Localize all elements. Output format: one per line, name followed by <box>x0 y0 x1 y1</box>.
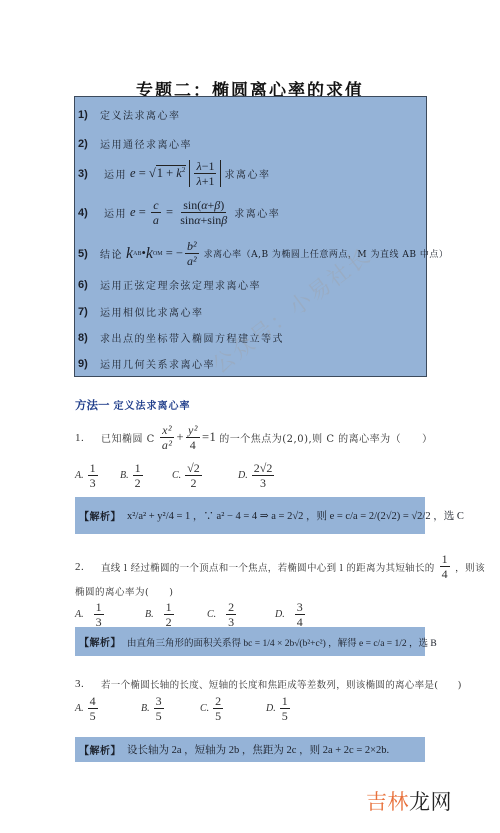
option-a[interactable]: A.45 <box>75 695 141 722</box>
item-number: 3) <box>78 168 100 180</box>
analysis-text: 设长轴为 2a ，短轴为 2b ，焦距为 2c ，则 2a + 2c = 2×2… <box>127 742 389 757</box>
question-2: 2. 直线 l 经过椭圆的一个顶点和一个焦点，若椭圆中心到 l 的距离为其短轴长… <box>75 553 485 580</box>
formula-eccentricity-slope: e = √1 + k2 λ−1λ+1 <box>130 160 221 187</box>
analysis-tag: 【解析】 <box>79 742 121 757</box>
method-list-item: 4) 运用 e = ca = sin(α+β)sinα+sinβ 求离心率 <box>78 199 280 226</box>
option-c[interactable]: C.√22 <box>172 462 238 489</box>
question-2-continued: 椭圆的离心率为( ) <box>75 584 173 598</box>
formula-eccentricity-sine: e = ca = sin(α+β)sinα+sinβ <box>130 199 231 226</box>
fraction-one-quarter: 14 <box>438 553 453 580</box>
method-list-item: 5) 结论 kAB•kOM = −b²a² 求离心率（A,B 为椭圆上任意两点，… <box>78 240 448 267</box>
method-list-item: 2) 运用通径求离心率 <box>78 136 192 151</box>
question-text: 已知椭圆 C <box>101 430 155 445</box>
option-b[interactable]: B.12 <box>120 462 172 489</box>
analysis-tag: 【解析】 <box>79 508 121 523</box>
item-text: 运用 <box>104 205 127 220</box>
option-a[interactable]: A.13 <box>75 462 120 489</box>
item-number: 4) <box>78 207 100 219</box>
item-text: 定义法求离心率 <box>100 107 181 122</box>
item-text: 运用通径求离心率 <box>100 136 192 151</box>
question-1-options: A.13 B.12 C.√22 D.2√23 <box>75 462 276 489</box>
option-a[interactable]: A.13 <box>75 601 145 628</box>
option-d[interactable]: D.2√23 <box>238 462 276 489</box>
question-number: 2. <box>75 561 101 573</box>
item-text: 求离心率 <box>224 166 270 181</box>
question-number: 1. <box>75 432 101 444</box>
item-number: 8) <box>78 332 100 344</box>
method-heading: 方法一定义法求离心率 <box>75 397 191 413</box>
item-text: 求离心率 <box>234 205 280 220</box>
question-text: 椭圆的离心率为( ) <box>75 584 173 598</box>
option-c[interactable]: C.25 <box>200 695 266 722</box>
method-list-box: 1) 定义法求离心率 2) 运用通径求离心率 3) 运用 e = √1 + k2… <box>74 96 427 377</box>
question-2-options: A.13 B.12 C.23 D.34 <box>75 601 307 628</box>
analysis-box-3: 【解析】 设长轴为 2a ，短轴为 2b ，焦距为 2c ，则 2a + 2c … <box>75 737 425 762</box>
item-text: 运用正弦定理余弦定理求离心率 <box>100 277 261 292</box>
site-logo: 吉林龙网 <box>366 786 452 816</box>
question-1: 1. 已知椭圆 C x²a²+y²4=1 的一个焦点为(2,0),则 C 的离心… <box>75 424 433 451</box>
method-list-item: 7) 运用相似比求离心率 <box>78 304 204 319</box>
option-d[interactable]: D.15 <box>266 695 292 722</box>
item-number: 6) <box>78 279 100 291</box>
item-number: 9) <box>78 358 100 370</box>
question-3-options: A.45 B.35 C.25 D.15 <box>75 695 292 722</box>
question-3: 3. 若一个椭圆长轴的长度、短轴的长度和焦距成等差数列，则该椭圆的离心率是( ) <box>75 677 462 691</box>
option-d[interactable]: D.34 <box>275 601 307 628</box>
item-text: 求离心率（A,B 为椭圆上任意两点，M 为直线 AB 中点） <box>204 247 449 260</box>
question-text: 直线 l 经过椭圆的一个顶点和一个焦点，若椭圆中心到 l 的距离为其短轴长的 <box>101 560 435 574</box>
item-text: 运用几何关系求离心率 <box>100 356 215 371</box>
method-list-item: 1) 定义法求离心率 <box>78 107 181 122</box>
formula-slope-product: kAB•kOM = −b²a² <box>126 240 201 267</box>
method-list-item: 9) 运用几何关系求离心率 <box>78 356 215 371</box>
method-title: 定义法求离心率 <box>114 401 191 412</box>
method-list-item: 3) 运用 e = √1 + k2 λ−1λ+1 求离心率 <box>78 160 270 187</box>
option-c[interactable]: C.23 <box>207 601 275 628</box>
method-list-item: 6) 运用正弦定理余弦定理求离心率 <box>78 277 261 292</box>
item-text: 运用 <box>104 166 127 181</box>
item-number: 2) <box>78 138 100 150</box>
analysis-text: 由直角三角形的面积关系得 bc = 1/4 × 2b√(b²+c²) ，解得 e… <box>127 635 437 649</box>
method-label: 方法一 <box>75 398 110 412</box>
question-text: ，则该 <box>455 560 485 574</box>
analysis-box-1: 【解析】 x²/a² + y²/4 = 1 ，∵ a² − 4 = 4 ⇒ a … <box>75 497 425 534</box>
analysis-text: x²/a² + y²/4 = 1 ，∵ a² − 4 = 4 ⇒ a = 2√2… <box>127 508 464 523</box>
logo-part-black: 龙网 <box>409 790 452 814</box>
logo-part-orange: 吉林 <box>366 790 409 814</box>
method-list-item: 8) 求出点的坐标带入椭圆方程建立等式 <box>78 330 284 345</box>
item-number: 1) <box>78 109 100 121</box>
option-b[interactable]: B.12 <box>145 601 207 628</box>
analysis-box-2: 【解析】 由直角三角形的面积关系得 bc = 1/4 × 2b√(b²+c²) … <box>75 627 425 656</box>
question-text: 的一个焦点为(2,0),则 C 的离心率为（ ） <box>219 430 432 445</box>
question-text: 若一个椭圆长轴的长度、短轴的长度和焦距成等差数列，则该椭圆的离心率是( ) <box>101 677 462 691</box>
item-number: 5) <box>78 248 100 260</box>
option-b[interactable]: B.35 <box>141 695 200 722</box>
ellipse-equation: x²a²+y²4=1 <box>158 424 216 451</box>
item-text: 求出点的坐标带入椭圆方程建立等式 <box>100 330 284 345</box>
item-text: 结论 <box>100 246 123 261</box>
item-text: 运用相似比求离心率 <box>100 304 204 319</box>
question-number: 3. <box>75 678 101 690</box>
item-number: 7) <box>78 306 100 318</box>
analysis-tag: 【解析】 <box>79 634 121 649</box>
